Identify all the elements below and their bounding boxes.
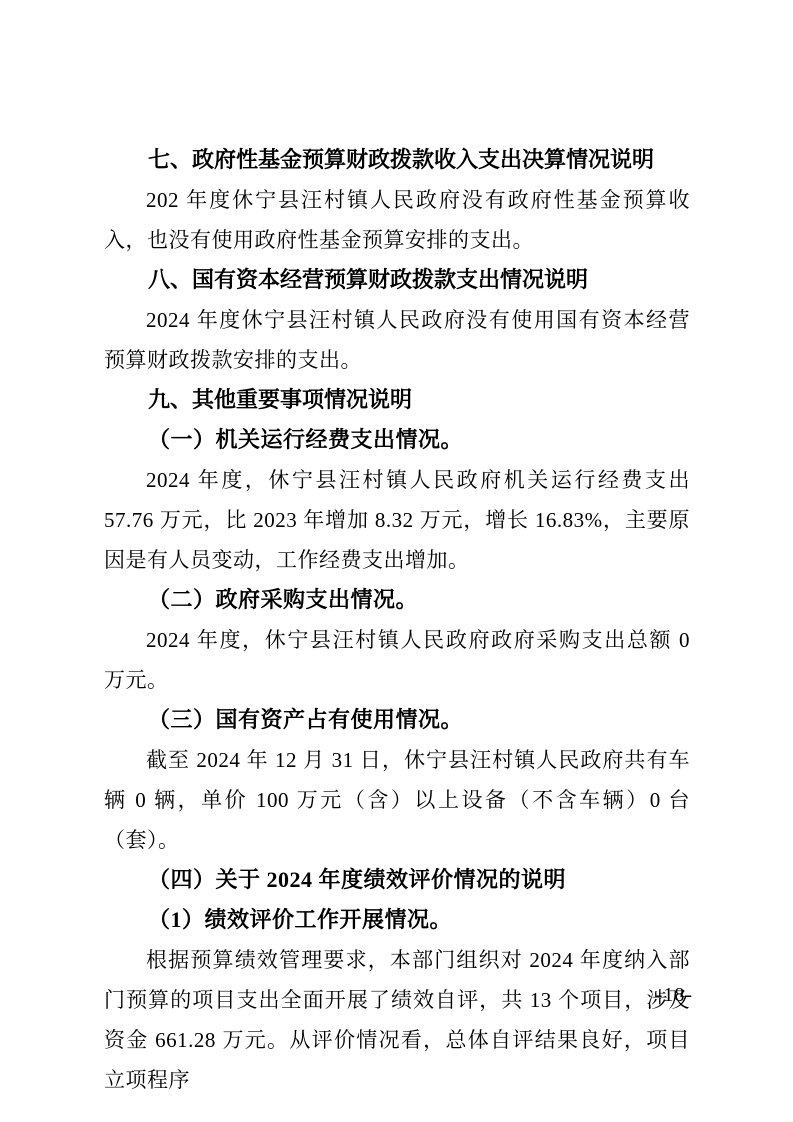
heading-section-nine: 九、其他重要事项情况说明 — [104, 380, 690, 420]
document-page: 七、政府性基金预算财政拨款收入支出决算情况说明 202 年度休宁县汪村镇人民政府… — [0, 0, 793, 1122]
subheading-agency-operating-expense: （一）机关运行经费支出情况。 — [104, 420, 690, 460]
page-number: -18- — [656, 984, 693, 1007]
page-content: 七、政府性基金预算财政拨款收入支出决算情况说明 202 年度休宁县汪村镇人民政府… — [104, 140, 690, 1100]
heading-section-seven: 七、政府性基金预算财政拨款收入支出决算情况说明 — [104, 140, 690, 180]
paragraph-agency-operating-expense: 2024 年度，休宁县汪村镇人民政府机关运行经费支出 57.76 万元，比 20… — [104, 460, 690, 580]
paragraph-state-capital-budget: 2024 年度休宁县汪村镇人民政府没有使用国有资本经营预算财政拨款安排的支出。 — [104, 300, 690, 380]
paragraph-state-assets: 截至 2024 年 12 月 31 日，休宁县汪村镇人民政府共有车辆 0 辆，单… — [104, 740, 690, 860]
heading-section-eight: 八、国有资本经营预算财政拨款支出情况说明 — [104, 260, 690, 300]
paragraph-performance-evaluation: 根据预算绩效管理要求，本部门组织对 2024 年度纳入部门预算的项目支出全面开展… — [104, 940, 690, 1100]
subheading-performance-evaluation: （四）关于 2024 年度绩效评价情况的说明 — [104, 860, 690, 900]
paragraph-gov-procurement: 2024 年度，休宁县汪村镇人民政府政府采购支出总额 0 万元。 — [104, 620, 690, 700]
subheading-state-assets: （三）国有资产占有使用情况。 — [104, 700, 690, 740]
subheading-performance-evaluation-work: （1）绩效评价工作开展情况。 — [104, 900, 690, 940]
paragraph-gov-fund-budget: 202 年度休宁县汪村镇人民政府没有政府性基金预算收入，也没有使用政府性基金预算… — [104, 180, 690, 260]
subheading-gov-procurement: （二）政府采购支出情况。 — [104, 580, 690, 620]
